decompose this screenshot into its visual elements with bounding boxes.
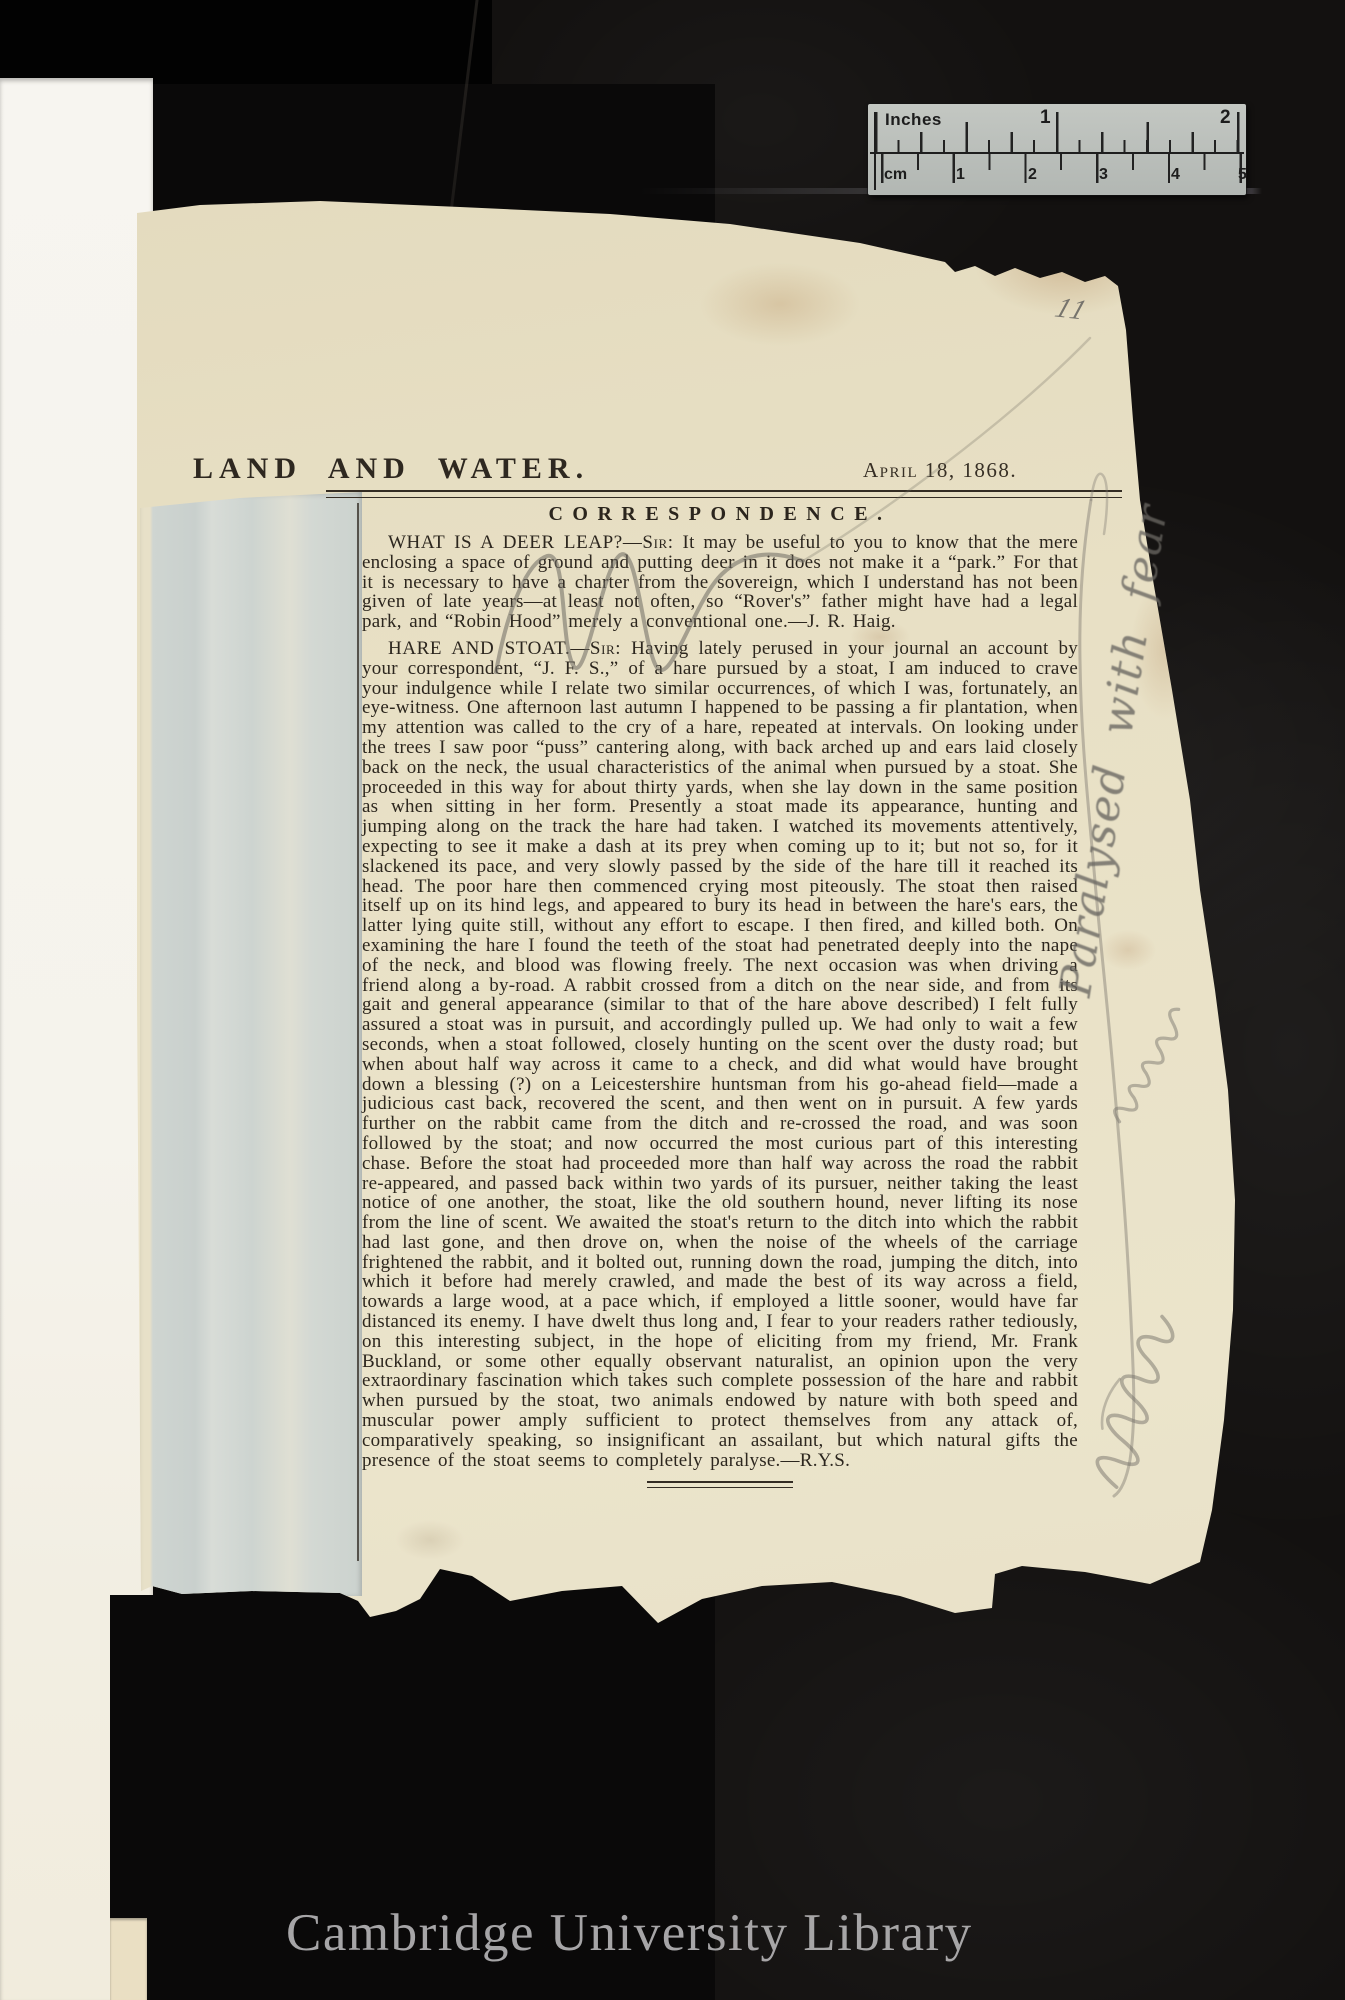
letter-hare-and-stoat-title: HARE AND STOAT.—Sir: <box>388 638 621 659</box>
correspondence-column: CORRESPONDENCE. WHAT IS A DEER LEAP?—Sir… <box>362 503 1078 1488</box>
tissue-guard <box>140 492 362 1596</box>
masthead-date: April 18, 1868. <box>863 458 1017 483</box>
dark-corner-panel <box>0 0 492 84</box>
ruler-cm-number: 2 <box>1028 166 1037 184</box>
masthead-title: LAND AND WATER. <box>193 452 589 486</box>
ruler-cm-number: 4 <box>1171 166 1180 184</box>
ruler-cm-label: cm <box>884 166 907 184</box>
ruler-zero-line <box>874 112 876 190</box>
ruler-cm-number: 5 <box>1238 166 1247 184</box>
ruler-inch-number: 1 <box>1040 107 1051 129</box>
ruler-cm-number: 1 <box>956 166 965 184</box>
ruler-inches-label: Inches <box>885 110 942 130</box>
ruler-center-line <box>870 152 1244 154</box>
masthead-rule <box>326 490 1122 498</box>
column-rule <box>357 503 359 1561</box>
ruler-cm-number: 3 <box>1099 166 1108 184</box>
letter-hare-and-stoat-body: Having lately perused in your journal an… <box>362 638 1078 1471</box>
measurement-ruler: Inches cm 1 2 1 2 3 4 5 <box>868 104 1246 195</box>
ruler-inch-number: 2 <box>1220 107 1231 129</box>
letter-hare-and-stoat: HARE AND STOAT.—Sir: Having lately perus… <box>362 639 1078 1470</box>
letter-deer-leap: WHAT IS A DEER LEAP?—Sir: It may be usef… <box>362 533 1078 632</box>
library-watermark: Cambridge University Library <box>286 1903 973 1963</box>
foxing-stain <box>700 262 860 346</box>
section-heading: CORRESPONDENCE. <box>362 503 1078 526</box>
ruler-cm-ticks <box>881 154 1243 183</box>
letter-deer-leap-title: WHAT IS A DEER LEAP?—Sir: <box>388 532 674 553</box>
end-of-section-rule <box>647 1481 793 1488</box>
photograph-of-mounted-clipping: Inches cm 1 2 1 2 3 4 5 LAND AND WATER. … <box>0 0 1345 2000</box>
foxing-stain <box>395 1520 465 1560</box>
album-page-corner-tab <box>110 1918 147 2000</box>
